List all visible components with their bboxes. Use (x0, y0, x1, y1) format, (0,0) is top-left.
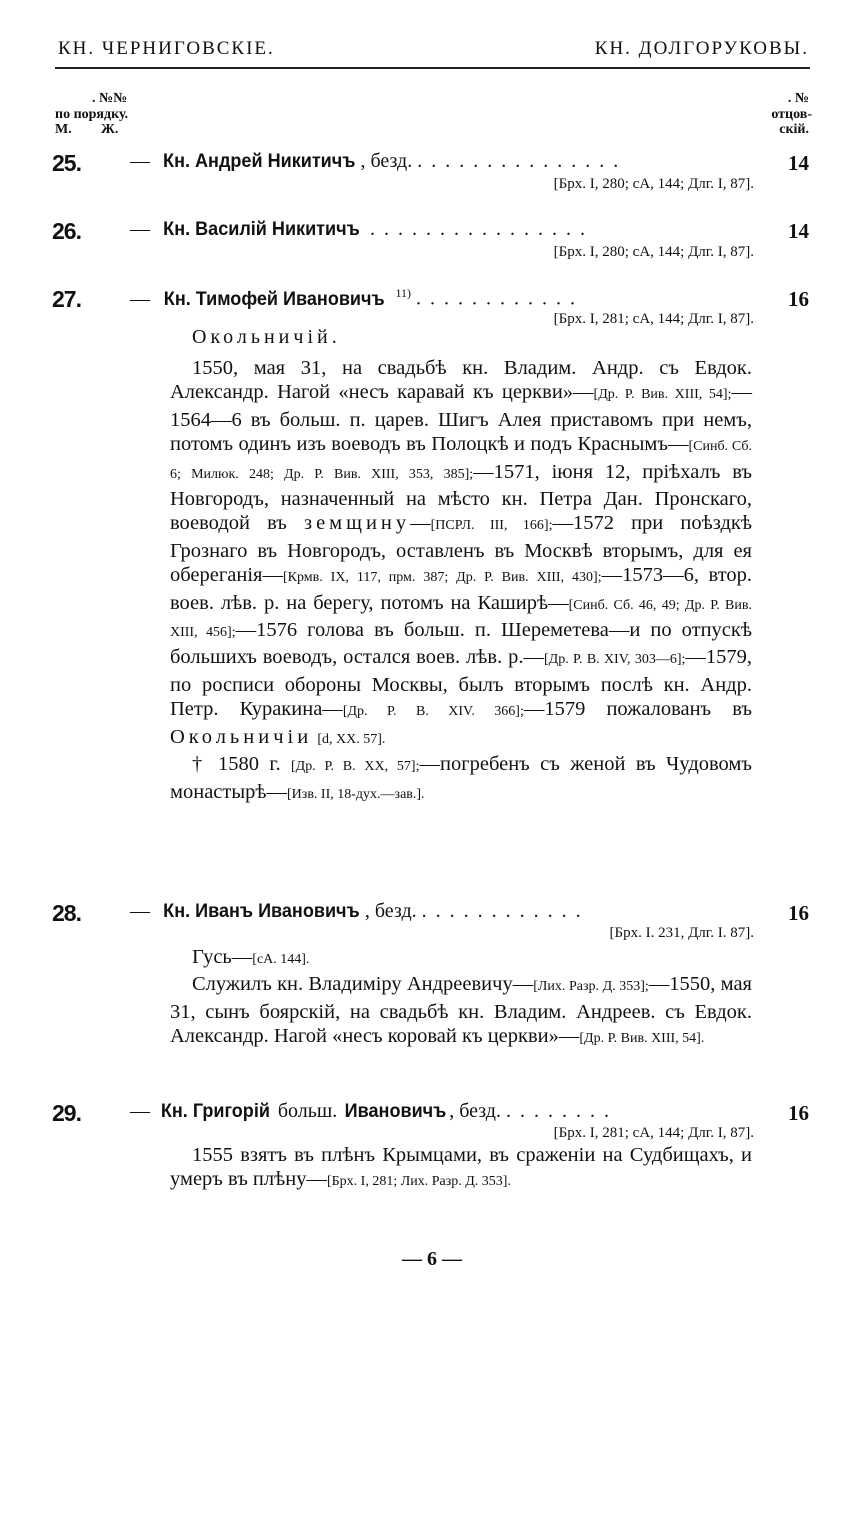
col-header-numbers: . №№ (92, 92, 127, 106)
entry-number: 27. (52, 286, 81, 313)
father-number: 16 (788, 1101, 809, 1126)
bio-citation: [Др. Р. Вив. XIII, 54]; (594, 387, 732, 402)
col-header-order: по порядку. (55, 108, 128, 122)
entry-heading: —Кн. Андрей Никитичъ, безд. ............… (130, 150, 627, 173)
bio-text: Служилъ кн. Владимiру Андреевичу— (192, 973, 533, 995)
person-name: Кн. Григорiй (161, 1101, 270, 1123)
entry-suffix: , безд. (449, 1100, 501, 1122)
death-citation: [Др. Р. В. XX, 57]; (291, 759, 419, 774)
entry-dash: — (130, 150, 150, 172)
header-rule (55, 67, 810, 69)
entry-dash: — (130, 900, 150, 922)
footnote-marker[interactable]: 11) (395, 286, 411, 300)
bio-paragraph: Служилъ кн. Владимiру Андреевичу—[Лих. Р… (170, 972, 752, 1051)
bio-emphasis: земщину (304, 512, 410, 534)
person-name: Кн. Иванъ Ивановичъ (163, 901, 360, 923)
bio-citation: [Лих. Разр. Д. 353]; (533, 979, 649, 994)
entry-dash: — (130, 1100, 150, 1122)
bio-paragraph: 1550, мая 31, на свадьбѣ кн. Владим. Анд… (170, 356, 752, 752)
entry-heading: —Кн. Григорiй больш. Ивановичъ, безд. ..… (130, 1100, 618, 1123)
entry-references: [Брх. I, 280; сА, 144; Длг. I, 87]. (554, 176, 754, 193)
father-number: 14 (788, 219, 809, 244)
bio-citation: [Крмв. IX, 117, прм. 387; Др. Р. Вив. XI… (283, 570, 602, 585)
entry-references: [Брх. I, 280; сА, 144; Длг. I, 87]. (554, 244, 754, 261)
entry-biography: Гусь—[сА. 144]. Служилъ кн. Владимiру Ан… (170, 945, 752, 1052)
bio-paragraph: Гусь—[сА. 144]. (170, 945, 752, 972)
death-text: † 1580 г. (192, 753, 291, 775)
leader-dots: ............... (417, 150, 627, 172)
col-header-male: М. (55, 123, 72, 137)
running-header-left: КН. ЧЕРНИГОВСКIЕ. (58, 38, 275, 60)
entry-number: 28. (52, 900, 81, 927)
entry-references: [Брх. I, 281; сА, 144; Длг. I, 87]. (554, 1125, 754, 1142)
entry-dash: — (130, 288, 150, 310)
col-header-father-line3: скiй. (779, 123, 809, 137)
father-number: 14 (788, 151, 809, 176)
bio-text: —1579 пожалованъ въ (524, 698, 752, 720)
leader-dots: ........ (506, 1100, 618, 1122)
running-header-right: КН. ДОЛГОРУКОВЫ. (595, 38, 809, 60)
bio-citation: [Др. Р. В. XIV. 366]; (343, 704, 524, 719)
entry-rank-title: Окольничiй. (192, 326, 341, 349)
bio-citation: [d, XX. 57]. (317, 732, 385, 747)
entry-number: 25. (52, 150, 81, 177)
entry-biography: 1550, мая 31, на свадьбѣ кн. Владим. Анд… (170, 356, 752, 807)
bio-paragraph: 1555 взятъ въ плѣнъ Крымцами, въ сраженi… (170, 1143, 752, 1195)
leader-dots: ............ (416, 288, 584, 310)
entry-number: 26. (52, 218, 81, 245)
col-header-father-line2: отцов- (771, 108, 812, 122)
leader-dots: ............ (422, 900, 590, 922)
entry-suffix: , безд. (365, 900, 417, 922)
entry-heading: —Кн. Иванъ Ивановичъ, безд. ............ (130, 900, 590, 923)
person-name: Кн. Андрей Никитичъ (163, 151, 355, 173)
entry-suffix: , безд. (360, 150, 412, 172)
father-number: 16 (788, 287, 809, 312)
bio-text: — (410, 512, 431, 534)
entry-biography: 1555 взятъ въ плѣнъ Крымцами, въ сраженi… (170, 1143, 752, 1195)
entry-middle: больш. (273, 1100, 342, 1122)
bio-citation: [Др. Р. В. XIV, 303—6]; (544, 652, 685, 667)
entry-references: [Брх. I, 281; сА, 144; Длг. I, 87]. (554, 311, 754, 328)
leader-dots: ................ (370, 218, 594, 240)
entry-references: [Брх. I. 231, Длг. I. 87]. (609, 925, 754, 942)
entry-heading: —Кн. Василiй Никитичъ ................ (130, 218, 594, 241)
bio-citation: [Др. Р. Вив. XIII, 54]. (579, 1031, 704, 1046)
page-number: — 6 — (0, 1248, 864, 1271)
person-name: Кн. Тимофей Ивановичъ (164, 289, 385, 311)
person-name: Кн. Василiй Никитичъ (163, 219, 360, 241)
col-header-father-no: . № (788, 92, 809, 106)
death-paragraph: † 1580 г. [Др. Р. В. XX, 57];—погребенъ … (170, 752, 752, 807)
entry-heading: —Кн. Тимофей Ивановичъ 11) ............ (130, 286, 584, 311)
father-number: 16 (788, 901, 809, 926)
bio-citation: [Брх. I, 281; Лих. Разр. Д. 353]. (327, 1174, 511, 1189)
person-patronymic: Ивановичъ (345, 1101, 447, 1123)
death-citation: [Изв. II, 18-дух.—зав.]. (287, 787, 425, 802)
bio-citation: [сА. 144]. (252, 952, 309, 967)
entry-number: 29. (52, 1100, 81, 1127)
col-header-female: Ж. (101, 123, 118, 137)
entry-dash: — (130, 218, 150, 240)
bio-citation: [ПСРЛ. III, 166]; (431, 518, 553, 533)
bio-emphasis: Окольничiи (170, 726, 312, 748)
bio-text: Гусь— (192, 946, 252, 968)
